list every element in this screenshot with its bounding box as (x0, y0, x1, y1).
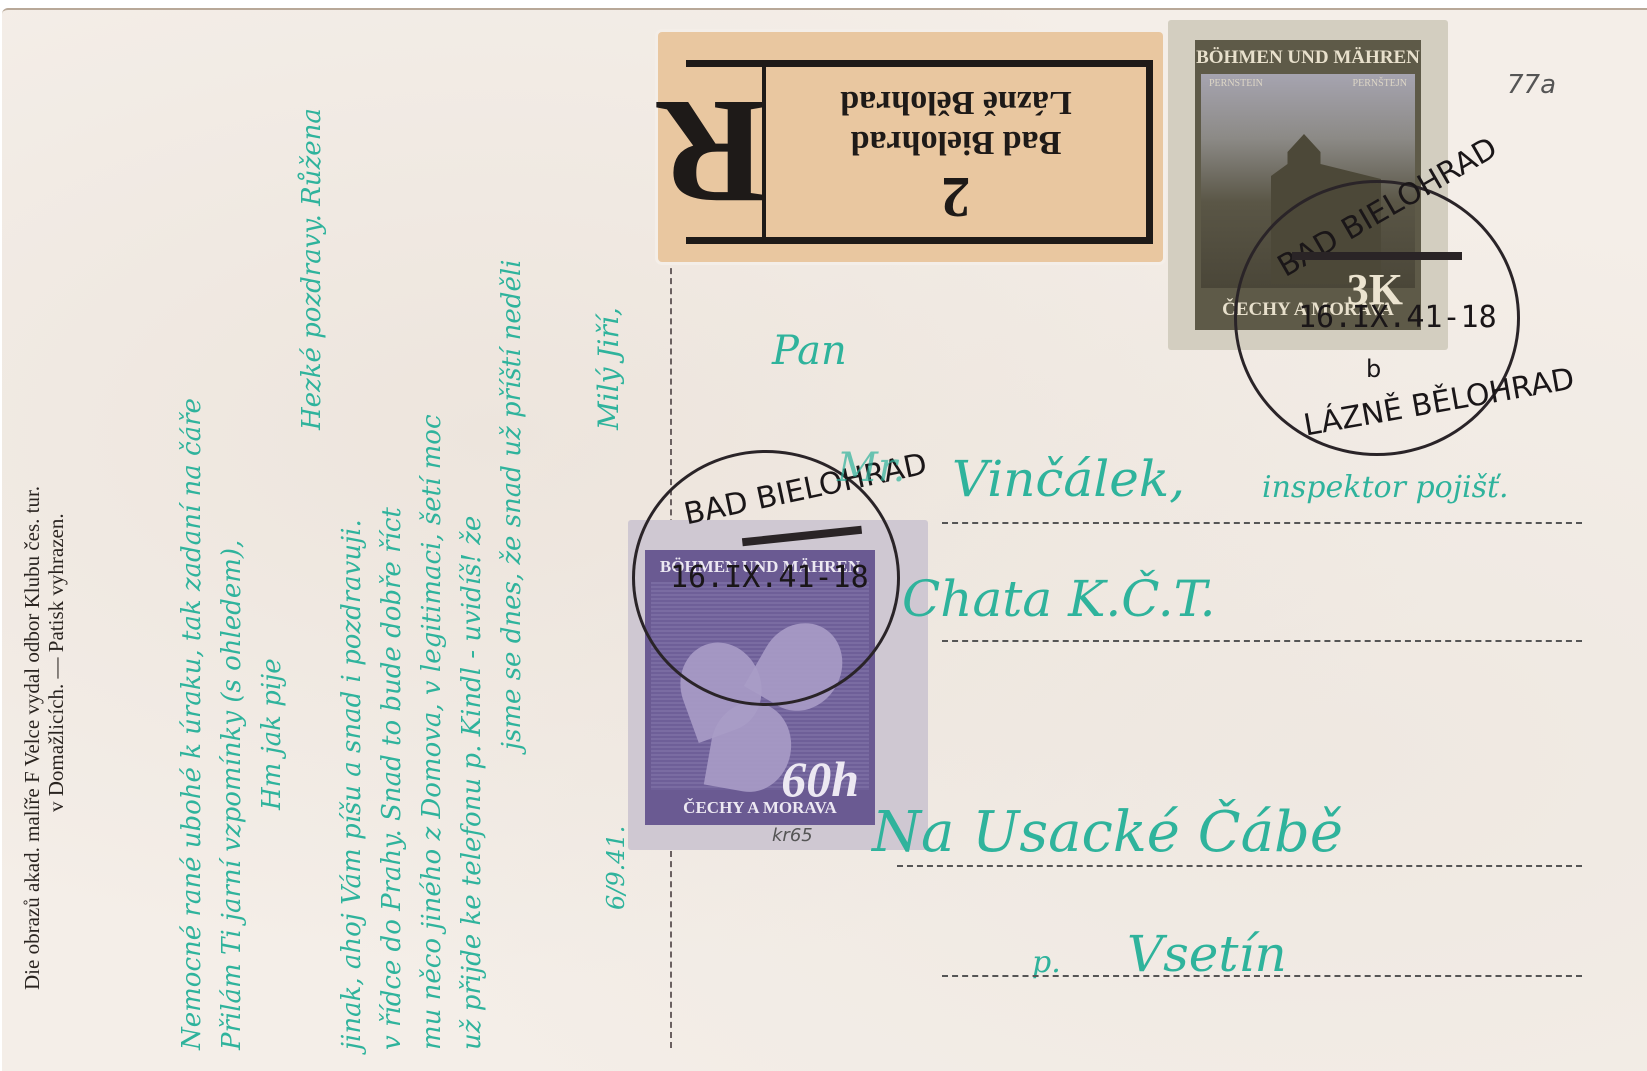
message-line: Nemocné rané ubohé k úraku, tak zadaní n… (172, 50, 212, 1050)
cancel-bar (1292, 252, 1462, 260)
message-line: Hm jak pije (252, 50, 292, 1050)
message-greeting: Milý Jiří, (592, 307, 625, 430)
address-title: inspektor pojišť. (1262, 470, 1509, 505)
address-line-2: Chata K.Č.T. (902, 570, 1216, 628)
pencil-note-corner: 77a (1507, 70, 1556, 100)
registration-office-cz: Lázně Bělohrad (766, 83, 1146, 121)
postmark-letter: b (1366, 355, 1381, 383)
address-line-1 (942, 522, 1582, 524)
message-line: Přilám Ti jarní vzpomínky (s ohledem), (212, 50, 252, 1050)
registration-office-de: Bad Bielohrad (766, 123, 1146, 161)
address-line-4-rule (942, 975, 1582, 977)
address-salutation: Pan (772, 328, 847, 374)
address-line-2-rule (942, 640, 1582, 642)
message-line: v řídce do Prahy. Snad to bude dobře říc… (372, 50, 412, 1050)
message-date: 6/9.41. (602, 826, 630, 910)
message-line: už přijde ke telefonu p. Kindl - uvidíš!… (452, 50, 492, 1050)
address-line-3-rule (897, 865, 1582, 867)
registration-number: 2 (766, 164, 1146, 231)
address-name: Vinčálek, (952, 450, 1185, 508)
stamp-caption-right: PERNŠTEJN (1353, 78, 1407, 89)
postmark-date: 16.IX.41-18 (670, 560, 869, 595)
caption-line-1: Die obrazů akad. malíře F Velce vydal od… (20, 90, 44, 990)
postmark-date: 16.IX.41-18 (1298, 300, 1497, 335)
caption-line-2: v Domažlicích. — Patisk vyhrazen. (44, 90, 68, 990)
address-title-fragment: Mr. (837, 445, 905, 491)
stamp-caption-left: PERNSTEIN (1209, 78, 1263, 89)
handwritten-message: Nemocné rané ubohé k úraku, tak zadaní n… (172, 50, 532, 1050)
printed-caption: Die obrazů akad. malíře F Velce vydal od… (20, 90, 68, 990)
message-line: jsme se dnes, že snad už příští neděli (492, 50, 532, 1050)
pencil-note-under-stamp: kr65 (772, 825, 813, 846)
stamp-country-bottom: ČECHY A MORAVA (645, 795, 875, 821)
registration-label: 2 Bad Bielohrad Lázně Bělohrad R (658, 32, 1163, 262)
address-line-3: Na Usacké Čábě (872, 800, 1343, 865)
postcard-back: Die obrazů akad. malíře F Velce vydal od… (2, 8, 1647, 1071)
message-signature: Hezké pozdravy. Růžena (292, 50, 332, 1050)
registration-letter: R (686, 67, 766, 237)
message-line: mu něco jiného z Domova, v legitimaci, š… (412, 50, 452, 1050)
message-line: jinak, ahoj Vám píšu a snad i pozdravuji… (332, 50, 372, 1050)
stamp-country-top: BÖHMEN UND MÄHREN (1195, 44, 1421, 72)
